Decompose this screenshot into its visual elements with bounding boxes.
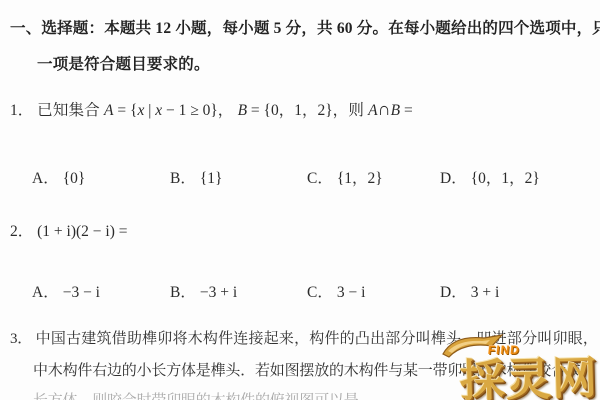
option-label: B．	[170, 284, 196, 301]
exam-page: 一、选择题：本题共 12 小题，每小题 5 分，共 60 分。在每小题给出的四个…	[0, 0, 600, 400]
punctuation: ，	[218, 102, 238, 119]
math-expression: (1 + i)(2 − i) =	[37, 223, 127, 240]
option-1a: A．{0}	[32, 166, 85, 188]
option-2c: C．3 − i	[307, 280, 365, 302]
math-expression: = {0，1，2}	[247, 102, 333, 119]
question-3-number: 3．	[10, 330, 32, 349]
option-1c: C．{1，2}	[307, 166, 383, 188]
watermark-brand-text: 採灵网	[459, 355, 598, 400]
option-value: −3 − i	[63, 284, 100, 301]
section-header-line1: 一、选择题：本题共 12 小题，每小题 5 分，共 60 分。在每小题给出的四个…	[10, 19, 600, 38]
option-value: {0，1，2}	[471, 170, 540, 187]
option-label: C．	[307, 170, 333, 187]
option-value: {1}	[200, 170, 223, 187]
section-header-line2: 一项是符合题目要求的。	[37, 55, 210, 74]
question-1-number: 1．	[10, 101, 33, 120]
question-2-stem: 2． (1 + i)(2 − i) =	[10, 222, 128, 241]
watermark-logo: FIND 採灵网	[430, 332, 600, 400]
option-value: −3 + i	[200, 284, 237, 301]
math-symbol: =	[400, 102, 413, 119]
option-2b: B．−3 + i	[170, 280, 237, 302]
option-value: 3 − i	[337, 284, 366, 301]
option-label: A．	[32, 284, 59, 301]
question-1-options: A．{0} B．{1} C．{1，2} D．{0，1，2}	[0, 166, 600, 188]
option-label: B．	[170, 170, 196, 187]
option-2a: A．−3 − i	[32, 280, 100, 302]
option-2d: D．3 + i	[440, 280, 499, 302]
option-value: 3 + i	[471, 284, 500, 301]
question-1-text: 已知集合	[37, 102, 104, 119]
option-1d: D．{0，1，2}	[440, 166, 540, 188]
option-label: A．	[32, 170, 59, 187]
math-symbol: }	[210, 102, 217, 119]
option-label: D．	[440, 284, 467, 301]
math-expression: − 1 ≥ 0	[162, 102, 210, 119]
option-1b: B．{1}	[170, 166, 222, 188]
question-1-text: ，则	[333, 102, 368, 119]
question-3-stem-line3-clipped: 长方体，则咬合时带卯眼的木构件的俯视图可以是	[33, 389, 359, 400]
question-2-options: A．−3 − i B．−3 + i C．3 − i D．3 + i	[0, 280, 600, 302]
option-value: {1，2}	[337, 170, 383, 187]
math-var: A	[368, 102, 377, 119]
question-2-number: 2．	[10, 222, 33, 241]
math-var: B	[391, 102, 400, 119]
math-var: B	[238, 102, 247, 119]
option-label: C．	[307, 284, 333, 301]
math-symbol: |	[144, 102, 155, 119]
intersection-symbol: ∩	[378, 99, 391, 119]
math-var: A	[104, 102, 113, 119]
math-symbol: = {	[114, 102, 138, 119]
question-1-stem: 1． 已知集合 A = {x | x − 1 ≥ 0}， B = {0，1，2}…	[10, 101, 413, 120]
option-value: {0}	[63, 170, 86, 187]
option-label: D．	[440, 170, 467, 187]
